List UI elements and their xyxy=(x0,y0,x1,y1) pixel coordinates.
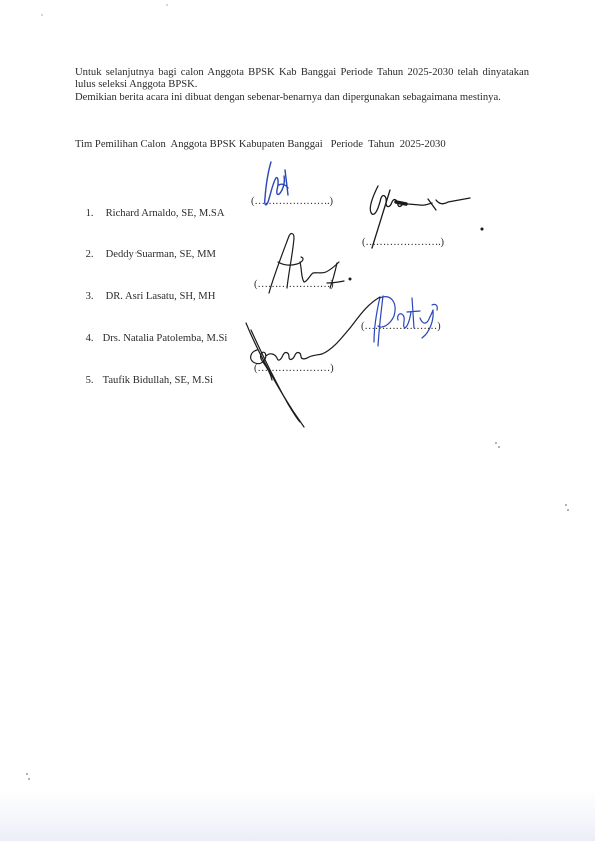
scan-speck xyxy=(567,509,569,511)
scan-speck xyxy=(565,504,567,506)
scan-speck xyxy=(41,14,43,16)
signature-line-5: (…………………) xyxy=(254,363,333,375)
member-number: 1. xyxy=(86,208,106,220)
scan-speck xyxy=(495,442,497,444)
member-number: 2. xyxy=(86,249,106,261)
member-name: Drs. Natalia Patolemba, M.Si xyxy=(103,333,228,344)
signature-line-3: (…………………) xyxy=(254,279,333,291)
member-number: 4. xyxy=(86,333,103,345)
scan-speck xyxy=(498,446,500,448)
member-name: Deddy Suarman, SE, MM xyxy=(106,249,216,260)
member-row-5: 5.Taufik Bidullah, SE, M.Si xyxy=(75,363,213,399)
scan-speck xyxy=(166,4,168,6)
scan-speck xyxy=(28,778,30,780)
signatures-layer xyxy=(0,0,595,841)
member-row-4: 4.Drs. Natalia Patolemba, M.Si xyxy=(75,321,227,357)
signature-line-2: (………………….) xyxy=(362,237,444,249)
member-row-3: 3.DR. Asri Lasatu, SH, MH xyxy=(75,279,215,315)
scan-speck xyxy=(135,252,137,254)
member-name: Taufik Bidullah, SE, M.Si xyxy=(103,375,214,386)
committee-heading: Tim Pemilihan Calon Anggota BPSK Kabupat… xyxy=(75,139,446,151)
member-number: 3. xyxy=(86,291,106,303)
signature-5-icon xyxy=(246,297,380,427)
signature-line-1: (………………….) xyxy=(251,196,333,208)
member-row-2: 2.Deddy Suarman, SE, MM xyxy=(75,237,216,273)
paragraph-closing: Demikian berita acara ini dibuat dengan … xyxy=(75,92,529,104)
scan-speck xyxy=(26,773,28,775)
member-row-1: 1.Richard Arnaldo, SE, M.SA xyxy=(75,196,224,232)
member-number: 5. xyxy=(86,375,103,387)
member-name: Richard Arnaldo, SE, M.SA xyxy=(106,208,225,219)
member-name: DR. Asri Lasatu, SH, MH xyxy=(106,291,216,302)
signature-line-4: (…………………) xyxy=(361,321,440,333)
document-page: Untuk selanjutnya bagi calon Anggota BPS… xyxy=(0,0,595,841)
paragraph-result: Untuk selanjutnya bagi calon Anggota BPS… xyxy=(75,67,529,92)
